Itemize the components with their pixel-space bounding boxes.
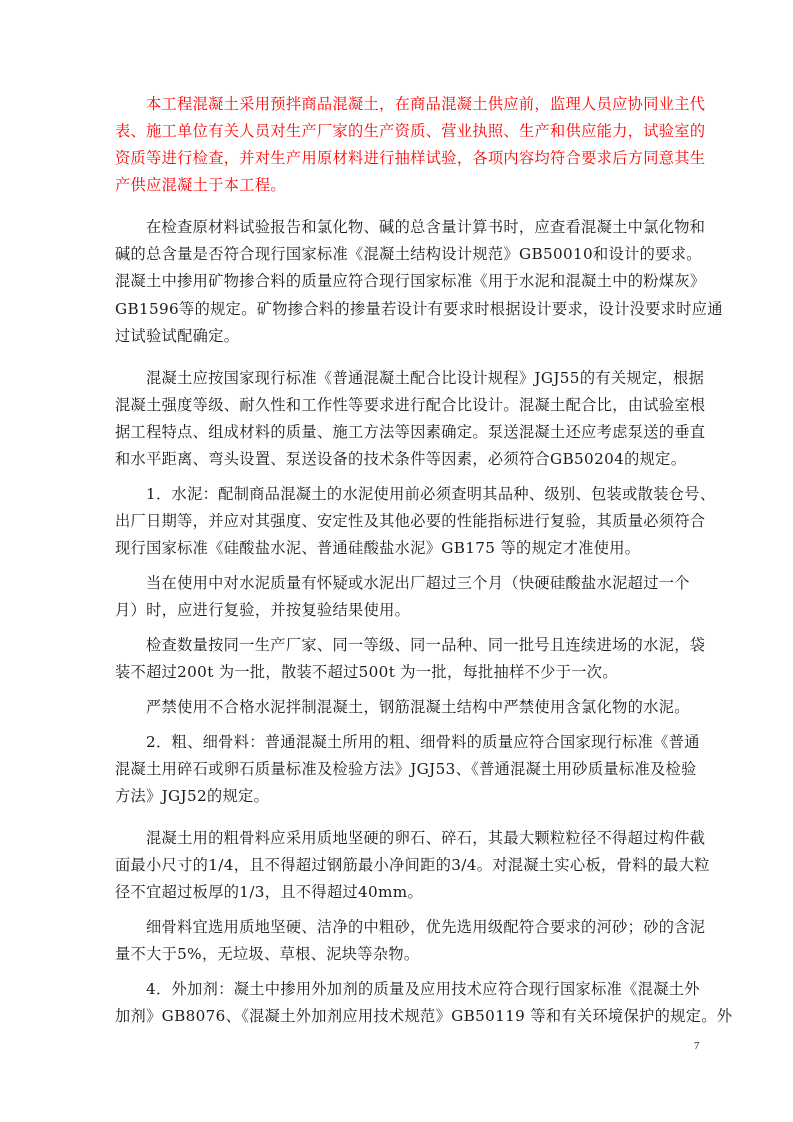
paragraph-8-line-2: 方法》JGJ52的规定。 xyxy=(115,786,715,806)
paragraph-1-line-1: 碱的总含量是否符合现行国家标准《混凝土结构设计规范》GB50010和设计的要求。 xyxy=(115,244,715,264)
paragraph-10-line-1: 量不大于5%，无垃圾、草根、泥块等杂物。 xyxy=(115,944,715,964)
paragraph-11-line-0: 4．外加剂：凝土中掺用外加剂的质量及应用技术应符合现行国家标准《混凝土外 xyxy=(146,979,716,999)
paragraph-0-line-2: 资质等进行检查，并对生产用原材料进行抽样试验，各项内容均符合要求后方同意其生 xyxy=(115,148,715,168)
paragraph-2-line-2: 过试验试配确定。 xyxy=(115,326,715,346)
paragraph-4-line-1: 出厂日期等，并应对其强度、安定性及其他必要的性能指标进行复验，其质量必须符合 xyxy=(115,511,715,531)
paragraph-0-line-1: 表、施工单位有关人员对生产厂家的生产资质、营业执照、生产和供应能力，试验室的 xyxy=(115,121,715,141)
paragraph-3-line-3: 和水平距离、弯头设置、泵送设备的技术条件等因素，必须符合GB50204的规定。 xyxy=(115,449,715,469)
paragraph-9-line-0: 混凝土用的粗骨料应采用质地坚硬的卵石、碎石，其最大颗粒粒径不得超过构件截 xyxy=(146,828,716,848)
paragraph-0-line-3: 产供应混凝土于本工程。 xyxy=(115,175,715,195)
paragraph-6-line-0: 检查数量按同一生产厂家、同一等级、同一品种、同一批号且连续进场的水泥，袋 xyxy=(146,635,716,655)
paragraph-3-line-0: 混凝土应按国家现行标准《普通混凝土配合比设计规程》JGJ55的有关规定，根据 xyxy=(146,368,716,388)
paragraph-7-line-0: 严禁使用不合格水泥拌制混凝土，钢筋混凝土结构中严禁使用含氯化物的水泥。 xyxy=(146,697,716,717)
paragraph-8-line-0: 2．粗、细骨料：普通混凝土所用的粗、细骨料的质量应符合国家现行标准《普通 xyxy=(146,732,716,752)
paragraph-11-line-1: 加剂》GB8076、《混凝土外加剂应用技术规范》GB50119 等和有关环境保护… xyxy=(115,1006,715,1026)
page-number: 7 xyxy=(694,1040,700,1052)
paragraph-8-line-1: 混凝土用碎石或卵石质量标准及检验方法》JGJ53、《普通混凝土用砂质量标准及检验 xyxy=(115,759,715,779)
paragraph-10-line-0: 细骨料宜选用质地坚硬、洁净的中粗砂，优先选用级配符合要求的河砂；砂的含泥 xyxy=(146,917,716,937)
paragraph-4-line-2: 现行国家标准《硅酸盐水泥、普通硅酸盐水泥》GB175 等的规定才准使用。 xyxy=(115,538,715,558)
paragraph-3-line-2: 据工程特点、组成材料的质量、施工方法等因素确定。泵送混凝土还应考虑泵送的垂直 xyxy=(115,422,715,442)
paragraph-2-line-1: GB1596等的规定。矿物掺合料的掺量若设计有要求时根据设计要求，设计没要求时应… xyxy=(115,299,715,319)
paragraph-5-line-1: 月）时，应进行复验，并按复验结果使用。 xyxy=(115,600,715,620)
document-page: 本工程混凝土采用预拌商品混凝土，在商品混凝土供应前，监理人员应协同业主代 表、施… xyxy=(0,0,793,1122)
paragraph-4-line-0: 1．水泥：配制商品混凝土的水泥使用前必须查明其品种、级别、包装或散装仓号、 xyxy=(146,484,716,504)
paragraph-2-line-0: 混凝土中掺用矿物掺合料的质量应符合现行国家标准《用于水泥和混凝土中的粉煤灰》 xyxy=(115,271,715,291)
paragraph-9-line-1: 面最小尺寸的1/4，且不得超过钢筋最小净间距的3/4。对混凝土实心板，骨料的最大… xyxy=(115,855,715,875)
paragraph-5-line-0: 当在使用中对水泥质量有怀疑或水泥出厂超过三个月（快硬硅酸盐水泥超过一个 xyxy=(146,573,716,593)
paragraph-6-line-1: 装不超过200t 为一批，散装不超过500t 为一批，每批抽样不少于一次。 xyxy=(115,662,715,682)
paragraph-9-line-2: 径不宜超过板厚的1/3，且不得超过40mm。 xyxy=(115,882,715,902)
paragraph-0-line-0: 本工程混凝土采用预拌商品混凝土，在商品混凝土供应前，监理人员应协同业主代 xyxy=(146,94,716,114)
paragraph-3-line-1: 混凝土强度等级、耐久性和工作性等要求进行配合比设计。混凝土配合比，由试验室根 xyxy=(115,395,715,415)
paragraph-1-line-0: 在检查原材料试验报告和氯化物、碱的总含量计算书时，应查看混凝土中氯化物和 xyxy=(146,217,716,237)
